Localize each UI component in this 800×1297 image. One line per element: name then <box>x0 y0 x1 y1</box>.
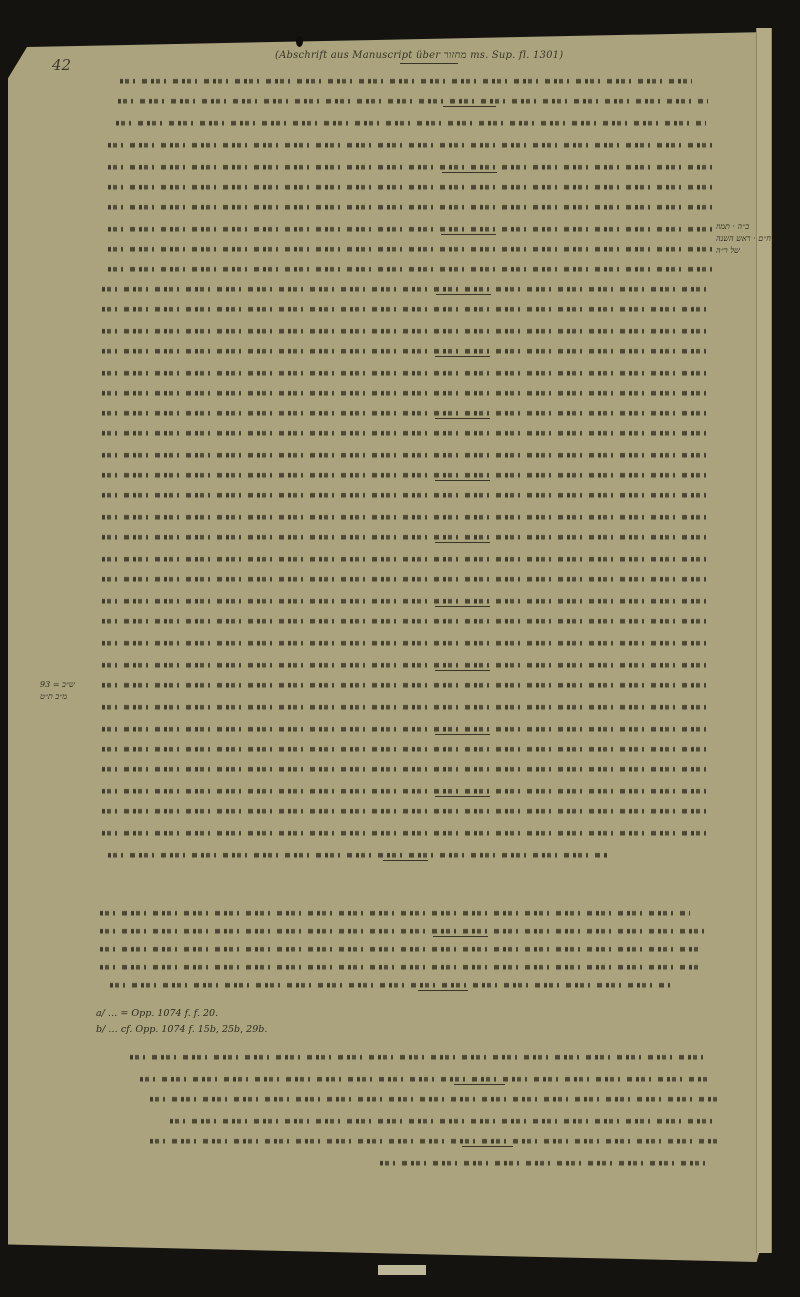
margin-note-left: ש״ב = 93 <box>40 680 75 690</box>
ink-underline <box>418 990 468 991</box>
manuscript-line: …יוצר · אופן · <box>102 470 708 480</box>
manuscript-line: …יוצר · אופן · זולת · <box>102 388 708 398</box>
note-line: (00,16) · (16,16) · <box>100 908 690 918</box>
ink-underline <box>435 356 490 357</box>
ink-underline <box>383 860 428 861</box>
handwriting-stroke <box>102 764 708 774</box>
handwriting-stroke <box>102 428 708 438</box>
manuscript-line: …סליחות · (ם) · (מב) · <box>108 162 716 172</box>
note-line: (33) · (ג׳ כלהו) · . <box>110 980 670 990</box>
reference-a: a/ … = Opp. 1074 f. f. 20. <box>96 1008 218 1019</box>
margin-note-right: של ר״ה <box>716 246 740 256</box>
manuscript-line: …(ר׳) · סליחות · <box>102 428 708 438</box>
handwriting-stroke <box>102 744 708 754</box>
header-underline <box>400 63 458 64</box>
manuscript-line: …(ס) · (סא) · (54.55) · <box>108 182 716 192</box>
punch-hole <box>296 36 303 47</box>
handwriting-stroke <box>380 1158 710 1168</box>
handwriting-stroke <box>102 806 708 816</box>
manuscript-line: …(150) · (151) · <box>102 490 708 500</box>
handwriting-stroke <box>110 980 670 990</box>
manuscript-line: …(32) · זולת · 38 · <box>108 850 608 860</box>
manuscript-line: …יוצר · אופן · זולת · <box>102 326 708 336</box>
handwriting-stroke <box>140 1074 710 1084</box>
handwriting-stroke <box>102 388 708 398</box>
handwriting-stroke <box>108 182 716 192</box>
margin-note-right: ב״ה · תמוז <box>716 222 749 232</box>
manuscript-line: …(170) · זולת · <box>102 638 708 648</box>
manuscript-line: …(ר״ת) · אופן · <box>102 616 708 626</box>
margin-note-left: מ״ב ת״ט <box>40 692 67 702</box>
handwriting-stroke <box>108 850 608 860</box>
ink-underline <box>454 1084 505 1085</box>
handwriting-stroke <box>100 908 690 918</box>
handwriting-stroke <box>108 264 714 274</box>
ink-underline <box>442 172 497 173</box>
note-line: (82) · (91,92) · <box>100 962 700 972</box>
ink-underline <box>435 670 490 671</box>
manuscript-line: …(סו) · אופן · זולת · ב״ה · <box>108 224 714 234</box>
handwriting-stroke <box>102 596 708 606</box>
note-line: (23.24) · [זמן וזמנים] · ב׳ · <box>100 926 706 936</box>
ink-underline <box>462 1146 513 1147</box>
handwriting-stroke <box>102 450 708 460</box>
manuscript-line: …(נה) · (נג) · (נב) · יוצר · אופן · <box>116 118 706 128</box>
note-line: (25.26) · (ש.883) · 359 · <box>100 944 700 954</box>
manuscript-line: …זולת · אופן · <box>102 512 708 522</box>
reference-b: b/ … cf. Opp. 1074 f. 15b, 25b, 29b. <box>96 1024 267 1035</box>
handwriting-stroke <box>100 962 700 972</box>
handwriting-stroke <box>102 554 708 564</box>
lower-line: … · 000 <box>380 1158 710 1168</box>
manuscript-line: …(183) · (184) · <box>102 764 708 774</box>
manuscript-line: …(נה) · (נו) · אופן · <box>108 264 714 274</box>
manuscript-line: …זולת · יוצר · <box>102 786 708 796</box>
handwriting-stroke <box>102 326 708 336</box>
manuscript-line: …(מ) · (מא) · חזק · <box>108 140 718 150</box>
margin-note-right: ח״ם · ראש השנה <box>716 234 771 244</box>
manuscript-line: …(156–150) · (151) · <box>102 574 708 584</box>
manuscript-line: …שבת · תענית · ר״ח · סליחות · יוצר · אופ… <box>120 76 692 86</box>
manuscript-line: …(65) · יוצר · אופן · זולת · <box>108 202 712 212</box>
lower-line: … · (ר״ה) · · <box>150 1136 718 1146</box>
ink-underline <box>443 106 496 107</box>
handwriting-stroke <box>102 304 710 314</box>
manuscript-line: …(190–194) · (194) · <box>102 806 708 816</box>
ink-underline <box>433 936 488 937</box>
ink-underline <box>435 542 490 543</box>
ink-underline <box>441 234 496 235</box>
ink-underline <box>435 606 490 607</box>
ink-underline <box>435 734 490 735</box>
handwriting-stroke <box>102 638 708 648</box>
manuscript-line: …(137) · (133) · <box>102 450 708 460</box>
manuscript-line: …(קא–קז) · (קכו–קל) · <box>108 244 714 254</box>
page-header: (Abschrift aus Manuscript über מחזור ms.… <box>275 50 563 61</box>
manuscript-line: …יוצר · אופן · (160) · <box>102 596 708 606</box>
handwriting-stroke <box>102 532 708 542</box>
handwriting-stroke <box>102 574 708 584</box>
handwriting-stroke <box>170 1116 718 1126</box>
handwriting-stroke <box>102 470 708 480</box>
page-binding-edge <box>756 28 772 1253</box>
handwriting-stroke <box>102 490 708 500</box>
handwriting-stroke <box>102 702 708 712</box>
handwriting-stroke <box>150 1094 718 1104</box>
manuscript-line: …אופן · זולת · <box>102 702 708 712</box>
manuscript-line: …(55) · יוצר · אופן · <box>102 304 710 314</box>
handwriting-stroke <box>102 660 708 670</box>
handwriting-stroke <box>108 244 714 254</box>
ink-underline <box>435 418 490 419</box>
manuscript-line: …(141–130) · (ר׳) · <box>102 408 708 418</box>
handwriting-stroke <box>108 224 714 234</box>
lower-line: … · 13 <box>140 1074 710 1084</box>
handwriting-stroke <box>102 346 708 356</box>
manuscript-line: …(140) · (141) · <box>102 368 708 378</box>
lower-line: … · (ר׳) · · <box>170 1116 718 1126</box>
ink-underline <box>435 796 490 797</box>
handwriting-stroke <box>150 1136 718 1146</box>
handwriting-stroke <box>102 512 708 522</box>
handwriting-stroke <box>102 368 708 378</box>
handwriting-stroke <box>102 786 708 796</box>
handwriting-stroke <box>102 680 708 690</box>
handwriting-stroke <box>102 724 708 734</box>
manuscript-line: …יוצר · אופן · זולת · <box>102 828 708 838</box>
manuscript-line: …(49) · (52) · <box>102 284 710 294</box>
manuscript-line: …(סח) · (סט) · <box>102 346 708 356</box>
lower-line: [1290] · מוסף · (ב׳) · שבת · חנוכה · <box>130 1052 710 1062</box>
handwriting-stroke <box>102 828 708 838</box>
handwriting-stroke <box>102 408 708 418</box>
manuscript-line: …יוצר · אופן · זולת · <box>102 660 708 670</box>
manuscript-line: …(ר׳ ב׳) · (173) · <box>102 680 708 690</box>
ink-underline <box>435 480 490 481</box>
handwriting-stroke <box>108 140 718 150</box>
manuscript-line: …יוצר · אופן · <box>102 744 708 754</box>
manuscript-line: …יוצר · אופן · [ר״ת א׳ ב׳ תמוז] · 000 <box>118 96 708 106</box>
handwriting-stroke <box>102 284 710 294</box>
ink-underline <box>436 294 491 295</box>
manuscript-line: …(161) · יוצר · <box>102 532 708 542</box>
manuscript-line: …(180) · (181) · <box>102 724 708 734</box>
handwriting-stroke <box>108 162 716 172</box>
handwriting-stroke <box>102 616 708 626</box>
manuscript-line: …(155) · (153) · <box>102 554 708 564</box>
lower-line: מוסף ר״ה · (ר״ה) · … · <box>150 1094 718 1104</box>
page-number: 42 <box>52 56 71 74</box>
paper-tab <box>378 1265 426 1275</box>
